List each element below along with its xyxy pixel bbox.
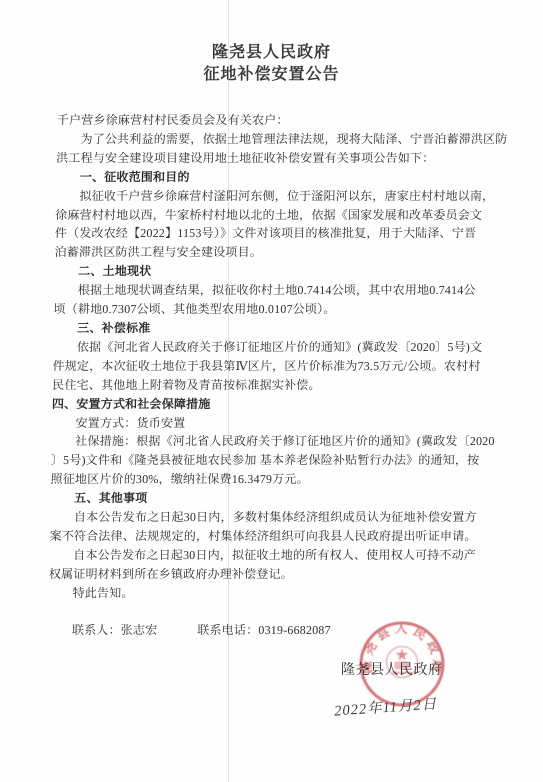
closing-line: 特此告知。 xyxy=(48,584,508,603)
intro-paragraph: 为了公共利益的需要，依据土地管理法律法规，现将大陆泽、宁晋泊蓄滞洪区防 洪工程与… xyxy=(56,130,517,168)
section-5-paragraph-1: 自本公告发布之日起30日内，多数村集体经济组织成员认为征地补偿安置方 案不符合法… xyxy=(49,508,510,546)
issuing-authority-title: 隆尧县人民政府 xyxy=(54,42,489,64)
section-2-heading: 二、土地现状 xyxy=(54,262,514,281)
section-1-heading: 一、征收范围和目的 xyxy=(56,168,516,187)
section-3-paragraph: 依据《河北省人民政府关于修订征地区片价的通知》(冀政发〔2020〕5号)文 件规… xyxy=(52,338,513,395)
section-2-paragraph: 根据土地现状调查结果，拟征收你村土地0.7414公顷，其中农用地0.7414公 … xyxy=(53,281,514,319)
salutation-line: 千户营乡徐麻营村村民委员会及有关农户： xyxy=(57,111,517,130)
contact-person: 联系人：张志宏 xyxy=(72,623,158,637)
contact-phone: 联系电话：0319-6682087 xyxy=(197,623,331,637)
issue-date-handwritten: 2022年11月2日 xyxy=(333,692,437,720)
section-3-heading: 三、补偿标准 xyxy=(53,319,513,338)
section-1-paragraph: 拟征收千户营乡徐麻营村滏阳河东侧，位于滏阳河以东，唐家庄村村地以南， 徐麻营村村… xyxy=(54,187,515,263)
section-5-heading: 五、其他事项 xyxy=(50,489,510,508)
issuer-signature: 隆尧县人民政府 xyxy=(341,659,443,679)
section-5-paragraph-2: 自本公告发布之日起30日内，拟征收土地的所有权人、使用权人可持不动产 权属证明材… xyxy=(49,546,510,584)
contact-row: 联系人：张志宏联系电话：0319-6682087 xyxy=(48,621,508,640)
section-4-paragraph-1: 安置方式：货币安置 xyxy=(51,414,511,433)
announcement-page: 隆尧县人民政府 征地补偿安置公告 千户营乡徐麻营村村民委员会及有关农户： 为了公… xyxy=(0,0,543,782)
section-4-heading: 四、安置方式和社会保障措施 xyxy=(52,395,512,414)
announcement-title: 征地补偿安置公告 xyxy=(54,64,489,86)
document-header: 隆尧县人民政府 征地补偿安置公告 xyxy=(54,0,489,86)
section-4-paragraph-2: 社保措施：根据《河北省人民政府关于修订征地区片价的通知》(冀政发〔2020 〕5… xyxy=(50,432,511,489)
document-body: 千户营乡徐麻营村村民委员会及有关农户： 为了公共利益的需要，依据土地管理法律法规… xyxy=(48,111,517,640)
